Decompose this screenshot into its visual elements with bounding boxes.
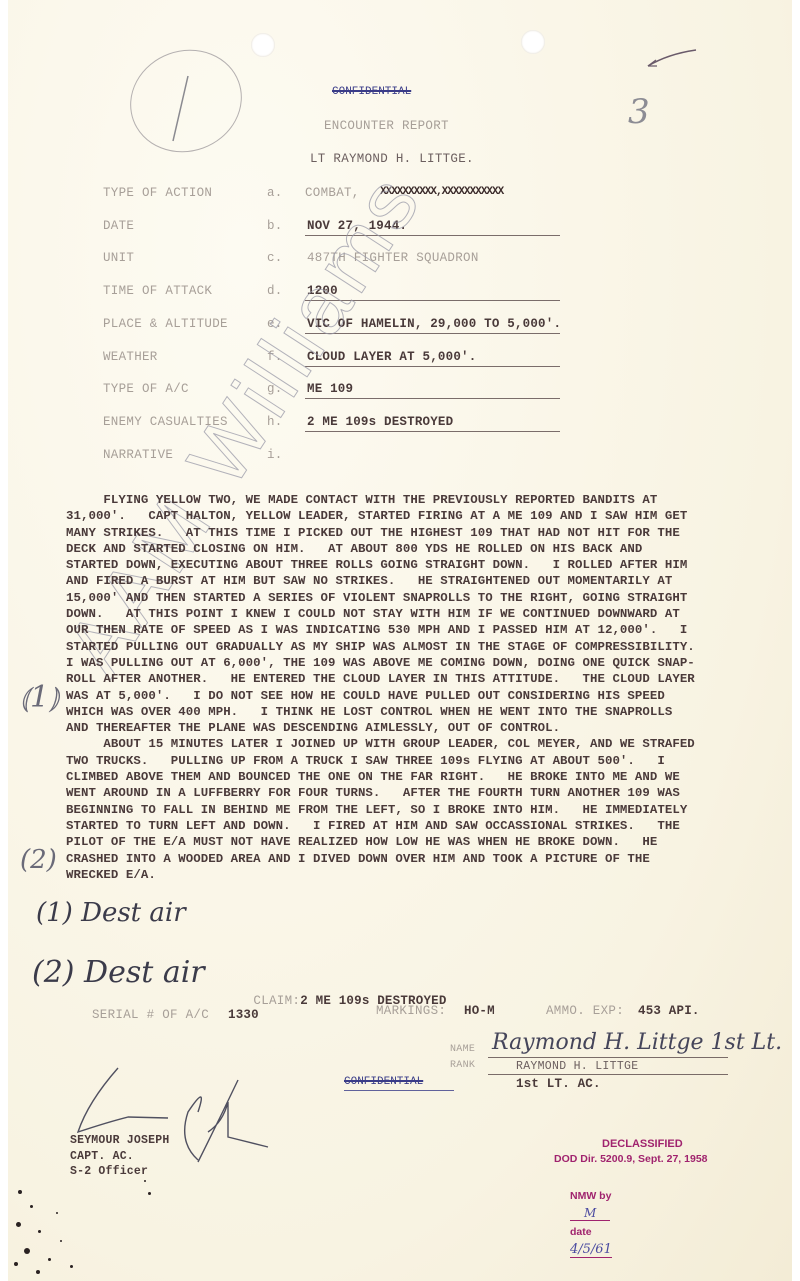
ink-speck	[24, 1248, 30, 1254]
ink-speck	[144, 1180, 146, 1182]
officer-rank: CAPT. AC.	[70, 1150, 134, 1163]
footer-classification-struck: CONFIDENTIAL	[344, 1076, 423, 1088]
ammo-value: 453 API.	[638, 1004, 700, 1018]
serial-label: SERIAL # OF A/C	[92, 1008, 209, 1022]
field-label: TYPE OF ACTION	[103, 186, 212, 200]
margin-mark-1: ⦅1⦆	[20, 680, 59, 715]
narrative-line: AND FIRED A BURST AT HIM BUT SAW NO STRI…	[66, 573, 746, 589]
field-underline	[305, 366, 560, 367]
field-label: DATE	[103, 219, 134, 233]
name-underline	[488, 1057, 728, 1058]
rank-label: RANK	[450, 1060, 475, 1071]
narrative-line: STARTED DOWN, EXECUTING ABOUT THREE ROLL…	[66, 557, 746, 573]
ink-speck	[16, 1222, 21, 1227]
margin-mark-2: (2)	[20, 845, 57, 875]
report-title: ENCOUNTER REPORT	[324, 119, 449, 133]
narrative-line: MANY STRIKES. AT THIS TIME I PICKED OUT …	[66, 525, 746, 541]
ammo-label: AMMO. EXP:	[546, 1004, 624, 1018]
officer-name: SEYMOUR JOSEPH	[70, 1134, 169, 1147]
rank-underline	[488, 1074, 728, 1075]
field-value: 2 ME 109s DESTROYED	[307, 415, 453, 429]
narrative-line: STARTED TO TURN LEFT AND DOWN. I FIRED A…	[66, 818, 746, 834]
narrative-line: FLYING YELLOW TWO, WE MADE CONTACT WITH …	[66, 492, 746, 508]
narrative-text: FLYING YELLOW TWO, WE MADE CONTACT WITH …	[66, 492, 746, 883]
declassified-date-value: 4/5/61	[570, 1242, 612, 1258]
narrative-line: WAS AT 5,000'. I DO NOT SEE HOW HE COULD…	[66, 688, 746, 704]
ink-speck	[30, 1205, 33, 1208]
narrative-line: AND THEREAFTER THE PLANE WAS DESCENDING …	[66, 720, 746, 736]
handwritten-annotation-2: (2) Dest air	[32, 955, 205, 990]
pilot-header: LT RAYMOND H. LITTGE.	[310, 152, 474, 166]
field-label: UNIT	[103, 251, 134, 265]
classification-struck: CONFIDENTIAL	[332, 86, 411, 98]
narrative-line: ABOUT 15 MINUTES LATER I JOINED UP WITH …	[66, 736, 746, 752]
pilot-signature: Raymond H. Littge 1st Lt.	[492, 1030, 782, 1055]
field-letter: a.	[267, 186, 283, 200]
punch-hole-right	[521, 30, 545, 54]
field-letter: c.	[267, 251, 283, 265]
ink-speck	[38, 1230, 41, 1233]
narrative-line: 15,000' AND THEN STARTED A SERIES OF VIO…	[66, 590, 746, 606]
field-label: WEATHER	[103, 350, 158, 364]
narrative-line: DOWN. AT THIS POINT I KNEW I COULD NOT S…	[66, 606, 746, 622]
ink-speck	[18, 1190, 22, 1194]
declassified-title: DECLASSIFIED	[602, 1138, 683, 1150]
pencil-arrow-mark	[638, 44, 708, 74]
declassified-line1: DOD Dir. 5200.9, Sept. 27, 1958	[554, 1153, 708, 1165]
narrative-line: BEGINNING TO FALL IN BEHIND ME FROM THE …	[66, 802, 746, 818]
serial-value: 1330	[228, 1008, 259, 1022]
declassified-initials: M	[570, 1206, 610, 1221]
claim-label: CLAIM:	[253, 994, 300, 1008]
narrative-line: PILOT OF THE E/A MUST NOT HAVE REALIZED …	[66, 834, 746, 850]
field-label: TIME OF ATTACK	[103, 284, 212, 298]
narrative-line: ROLL AFTER ANOTHER. HE ENTERED THE CLOUD…	[66, 671, 746, 687]
page-number-handwritten: 3	[628, 92, 650, 132]
field-label: TYPE OF A/C	[103, 382, 189, 396]
narrative-line: WRECKED E/A.	[66, 867, 746, 883]
markings-label: MARKINGS:	[376, 1004, 446, 1018]
ink-speck	[36, 1270, 40, 1274]
ink-speck	[56, 1212, 58, 1214]
officer-role: S-2 Officer	[70, 1165, 148, 1178]
classification-underline	[344, 1090, 454, 1091]
name-label: NAME	[450, 1044, 475, 1055]
field-letter: b.	[267, 219, 283, 233]
narrative-line: WHICH WAS OVER 400 MPH. I THINK HE LOST …	[66, 704, 746, 720]
ink-speck	[70, 1265, 73, 1268]
declassified-line2: NMW by M date 4/5/61	[554, 1168, 612, 1276]
narrative-line: STARTED PULLING OUT GRADUALLY AS MY SHIP…	[66, 639, 746, 655]
field-underline	[305, 398, 560, 399]
ink-speck	[14, 1262, 18, 1266]
ink-speck	[60, 1240, 62, 1242]
narrative-line: WENT AROUND IN A LUFFBERRY FOR FOUR TURN…	[66, 785, 746, 801]
declassified-date-label: date	[570, 1226, 592, 1238]
ink-speck	[48, 1258, 51, 1261]
typed-pilot-name: RAYMOND H. LITTGE	[516, 1060, 638, 1073]
markings-value: HO-M	[464, 1004, 495, 1018]
narrative-line: I WAS PULLING OUT AT 6,000', THE 109 WAS…	[66, 655, 746, 671]
handwritten-annotation-1: (1) Dest air	[36, 898, 186, 928]
document-page: 1 3 CONFIDENTIAL ENCOUNTER REPORT LT RAY…	[8, 0, 792, 1281]
narrative-line: OUR THEN RATE OF SPEED AS I WAS INDICATI…	[66, 622, 746, 638]
typed-pilot-rank: 1st LT. AC.	[516, 1077, 601, 1091]
narrative-line: CLIMBED ABOVE THEM AND BOUNCED THE ONE O…	[66, 769, 746, 785]
declassified-by-label: NMW by	[570, 1190, 611, 1202]
field-label: NARRATIVE	[103, 448, 173, 462]
field-label: PLACE & ALTITUDE	[103, 317, 228, 331]
narrative-line: DECK AND STARTED CLOSING ON HIM. AT ABOU…	[66, 541, 746, 557]
narrative-line: TWO TRUCKS. PULLING UP FROM A TRUCK I SA…	[66, 753, 746, 769]
narrative-line: 31,000'. CAPT HALTON, YELLOW LEADER, STA…	[66, 508, 746, 524]
pencil-circle-mark	[118, 36, 258, 166]
field-underline	[305, 431, 560, 432]
ink-speck	[148, 1192, 151, 1195]
narrative-line: CRASHED INTO A WOODED AREA AND I DIVED D…	[66, 851, 746, 867]
